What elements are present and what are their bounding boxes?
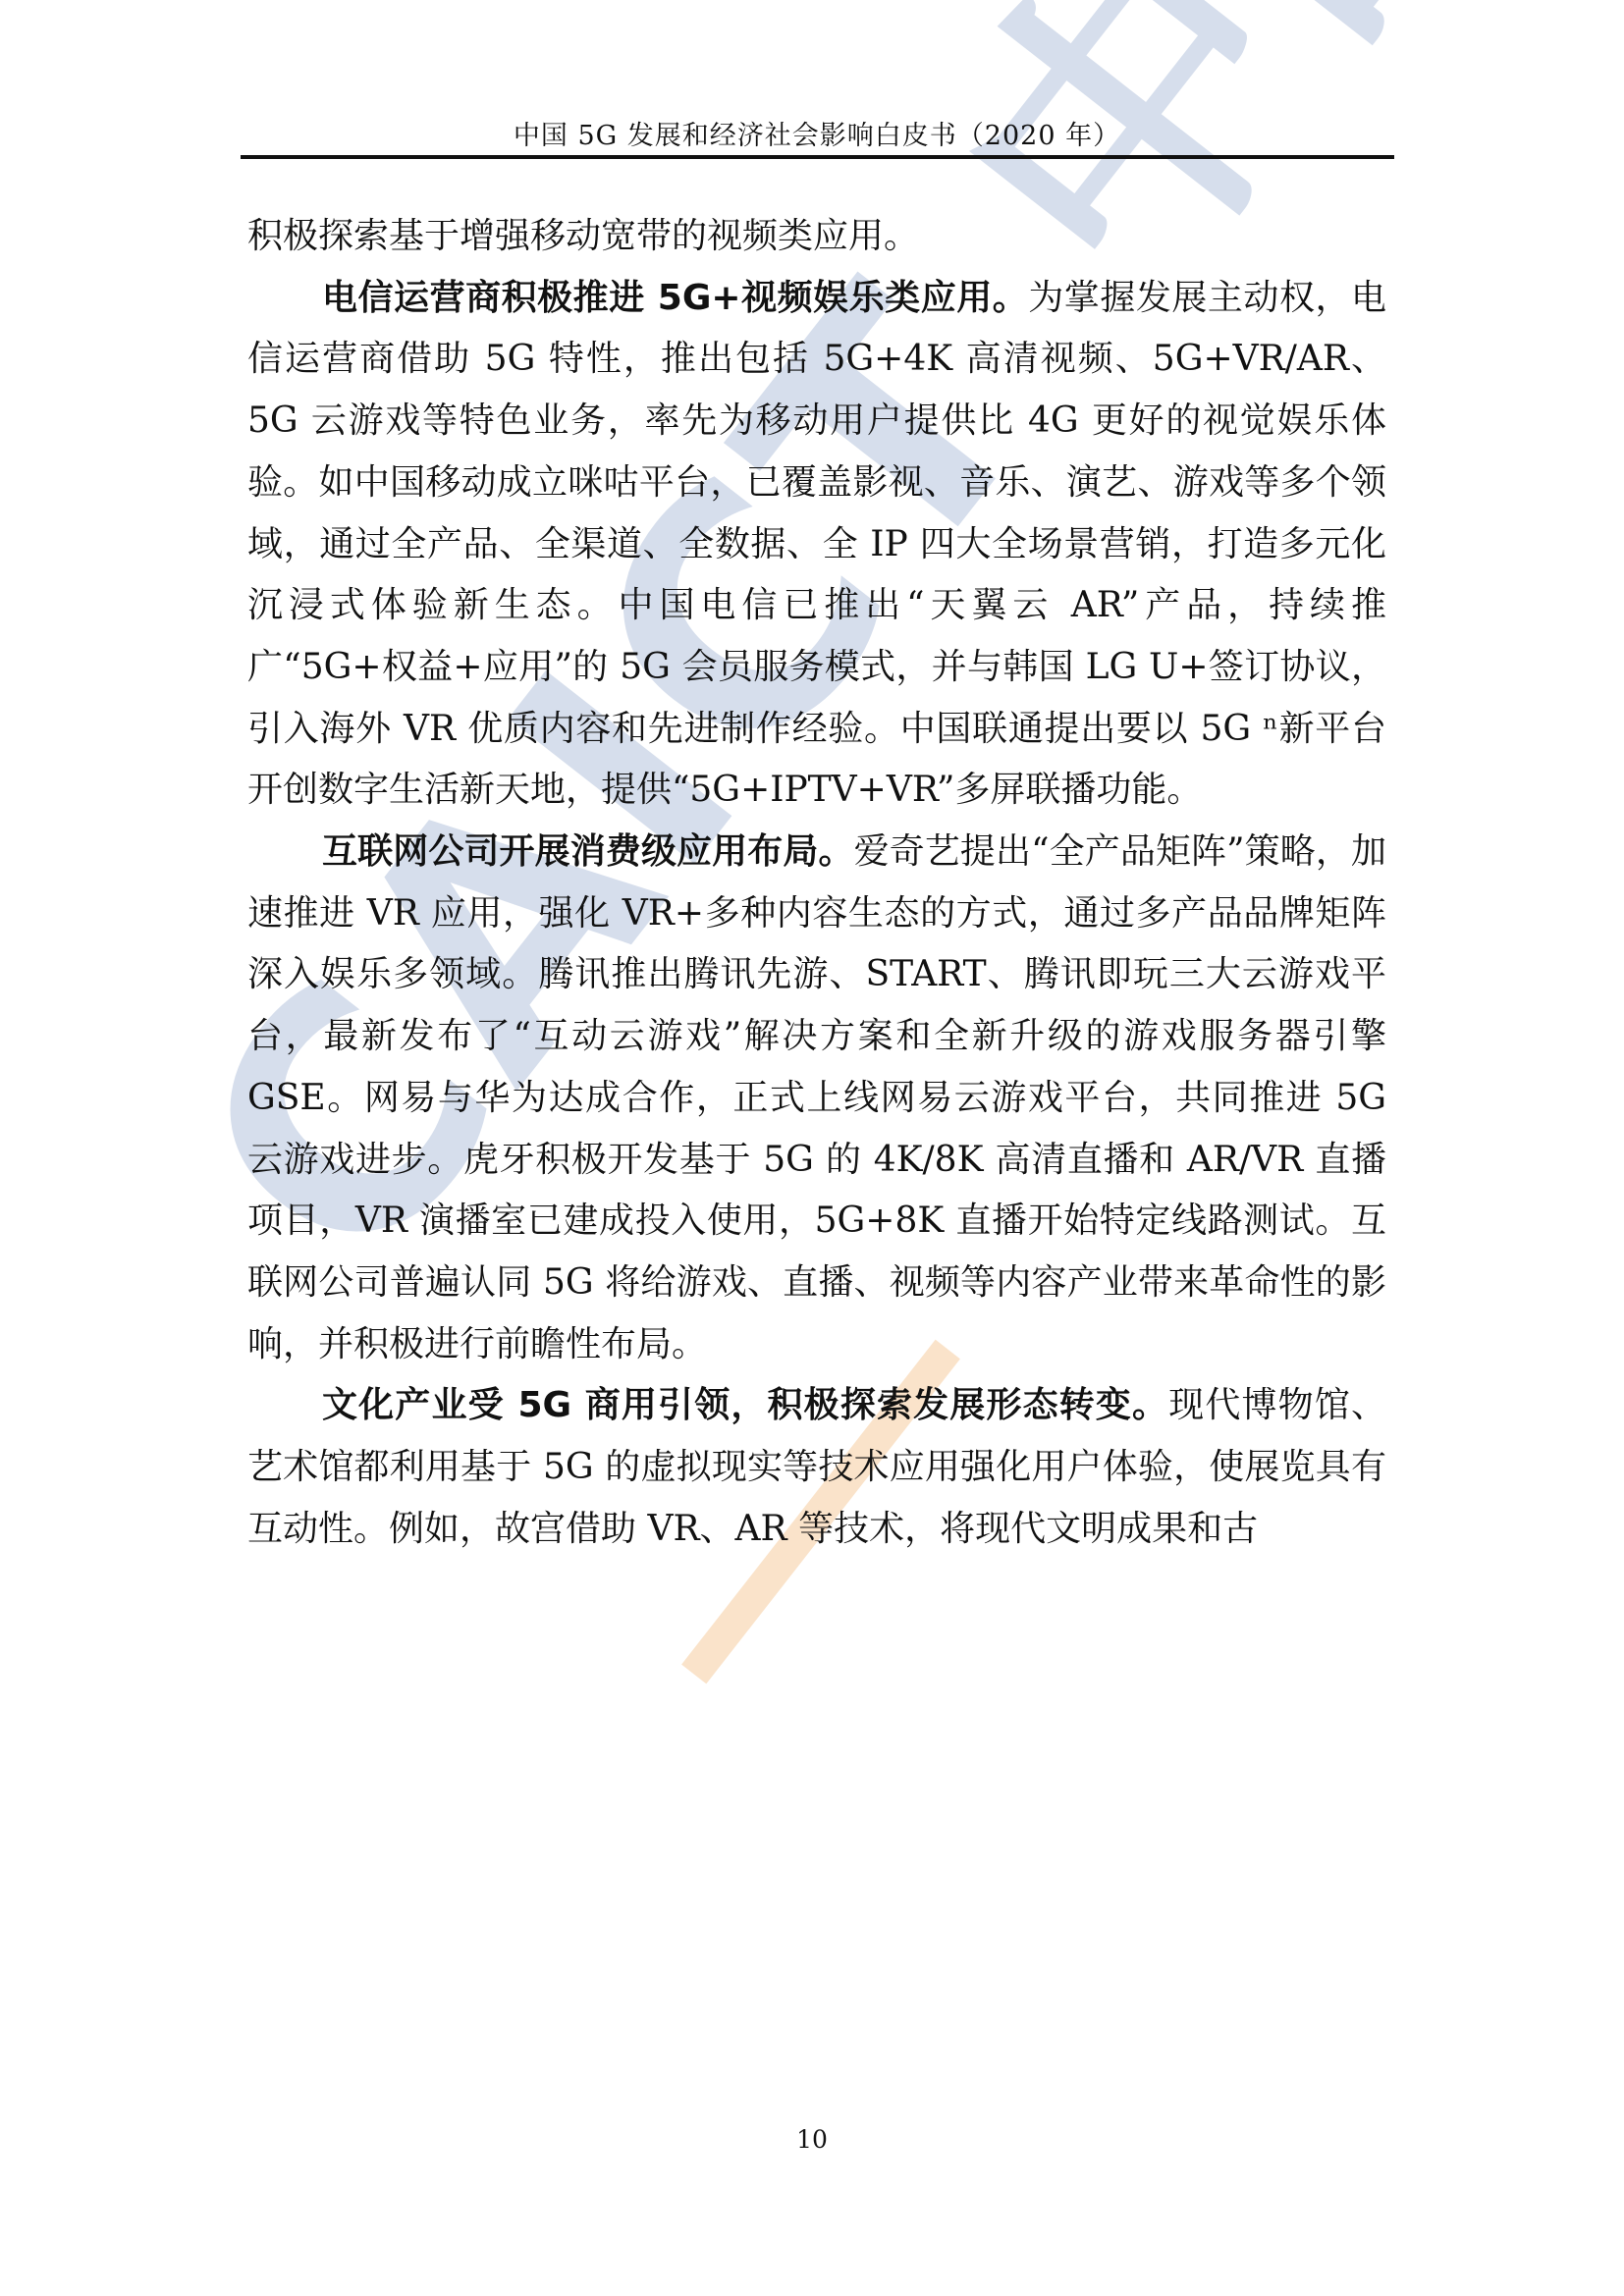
paragraph-lead-heading: 电信运营商积极推进 5G+视频娱乐类应用。 [322,278,1028,318]
paragraph-telecom-operators: 电信运营商积极推进 5G+视频娱乐类应用。为掌握发展主动权，电信运营商借助 5G… [247,268,1386,822]
paragraph-lead-heading: 文化产业受 5G 商用引领，积极探索发展形态转变。 [322,1385,1168,1425]
paragraph-text: 为掌握发展主动权，电信运营商借助 5G 特性，推出包括 5G+4K 高清视频、5… [247,278,1386,811]
paragraph-continuation: 积极探索基于增强移动宽带的视频类应用。 [247,206,1386,268]
body-content: 积极探索基于增强移动宽带的视频类应用。 电信运营商积极推进 5G+视频娱乐类应用… [247,206,1386,1560]
page-number: 10 [0,2125,1624,2154]
paragraph-cultural-industry: 文化产业受 5G 商用引领，积极探索发展形态转变。现代博物馆、艺术馆都利用基于 … [247,1375,1386,1560]
paragraph-text: 爱奇艺提出“全产品矩阵”策略，加速推进 VR 应用，强化 VR+多种内容生态的方… [247,831,1386,1364]
paragraph-internet-companies: 互联网公司开展消费级应用布局。爱奇艺提出“全产品矩阵”策略，加速推进 VR 应用… [247,822,1386,1375]
document-page: CAICT 中国信通院 中国 5G 发展和经济社会影响白皮书（2020 年） 积… [0,0,1624,2296]
running-header: 中国 5G 发展和经济社会影响白皮书（2020 年） [244,114,1390,152]
header-rule [241,155,1394,159]
paragraph-text: 积极探索基于增强移动宽带的视频类应用。 [247,216,919,256]
paragraph-lead-heading: 互联网公司开展消费级应用布局。 [322,831,854,872]
